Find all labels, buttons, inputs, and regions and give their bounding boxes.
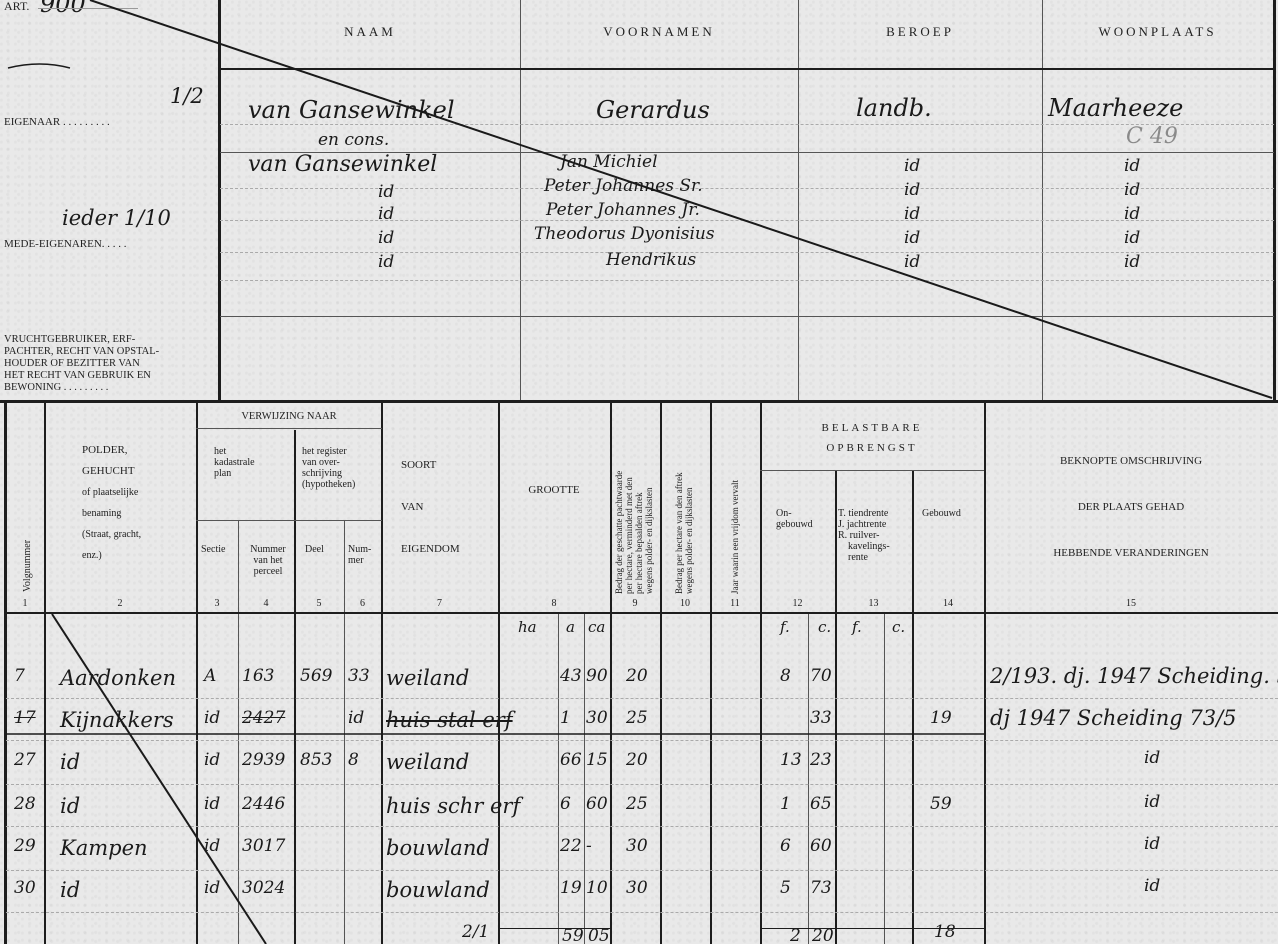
cell-ong-f: 6 [780, 836, 791, 856]
header-renten: T. tiendrente J. jachtrente R. ruilver- … [838, 508, 890, 563]
subtotal-ong-f: 2 [790, 926, 801, 944]
cell-a: 43 [560, 666, 582, 686]
cell-ong-c: 60 [810, 836, 832, 856]
col-number: 4 [238, 598, 294, 609]
col-number: 10 [660, 598, 710, 609]
cell-polder: Aardonken [60, 666, 176, 690]
col-divider [808, 612, 809, 944]
label-mede-eigenaren: MEDE-EIGENAREN. . . . . [4, 238, 127, 251]
cell-ong-c: 65 [810, 794, 832, 814]
row-divider [196, 428, 382, 429]
header-ongebouwd: On- gebouwd [776, 508, 813, 530]
header-volgnummer: Volgnummer [22, 540, 33, 592]
cell-sectie: id [204, 836, 220, 856]
cell-a: 6 [560, 794, 571, 814]
cell-polder: id [60, 794, 80, 818]
subtotal-a: 59 [562, 926, 584, 944]
kadaster-register-page: ART. 900 EIGENAAR . . . . . . . . . 1/2 … [0, 0, 1278, 944]
subtotal-ca: 05 [588, 926, 610, 944]
col-divider [610, 402, 612, 944]
header-belastbare-opbrengst: BELASTBARE OPBRENGST [760, 418, 984, 458]
article-label: ART. [4, 0, 29, 13]
header-sectie: Sectie [201, 544, 225, 555]
row-guide [6, 870, 1278, 871]
cell-ca: 60 [586, 794, 608, 814]
unit-c: c. [892, 618, 905, 636]
unit-ca: ca [588, 618, 605, 636]
header-grootte: GROOTTE [498, 484, 610, 497]
cell-a: 19 [560, 878, 582, 898]
header-vrijdom: Jaar waarin een vrijdom vervalt [730, 480, 741, 594]
row-divider [196, 520, 382, 521]
cell-soort: huis stal erf [386, 708, 513, 732]
cell-soort: huis schr erf [386, 794, 520, 818]
col-number: 14 [912, 598, 984, 609]
article-underline [38, 8, 138, 9]
cell-remark: dj 1947 Scheiding 73/5 [990, 706, 1237, 730]
cell-ca: 90 [586, 666, 608, 686]
cell-ca: 30 [586, 708, 608, 728]
row-guide [6, 698, 1278, 699]
col-number: 8 [498, 598, 610, 609]
cell-sectie: id [204, 750, 220, 770]
col-divider [44, 402, 46, 944]
cell-remark: 2/193. dj. 1947 Scheiding. St. [990, 664, 1278, 688]
article-number: 900 [40, 0, 86, 18]
unit-a: a [566, 618, 575, 636]
co-owner-woonplaats: id [1124, 252, 1140, 272]
col-number: 7 [381, 598, 498, 609]
cell-polder: id [60, 750, 80, 774]
cell-perceel: 2427 [242, 708, 285, 728]
cell-soort: bouwland [386, 836, 490, 860]
header-deel: Deel [305, 544, 324, 555]
co-owner-woonplaats: id [1124, 180, 1140, 200]
col-number: 12 [760, 598, 835, 609]
cell-ca: - [586, 836, 592, 856]
cell-ong-c: 23 [810, 750, 832, 770]
cell-ca: 10 [586, 878, 608, 898]
col-header-voornamen: VOORNAMEN [520, 24, 798, 40]
owners-left-border [218, 0, 221, 402]
col-divider [660, 402, 662, 944]
share-eigenaar: 1/2 [170, 84, 204, 108]
row-guide [6, 826, 1278, 827]
owners-mede-rule [220, 316, 1274, 317]
col-header-woonplaats: WOONPLAATS [1042, 24, 1273, 40]
co-owner-beroep: id [904, 180, 920, 200]
guide-line [220, 124, 1274, 125]
cell-polder: Kijnakkers [60, 708, 174, 732]
subtotal-label: 2/1 [462, 922, 489, 942]
col-divider [835, 470, 837, 944]
cell-sectie: id [204, 708, 220, 728]
col-number: 15 [984, 598, 1278, 609]
cell-volgnummer: 17 [14, 708, 36, 728]
col-divider [381, 402, 383, 944]
cell-polder: id [60, 878, 80, 902]
cell-pacht: 25 [626, 708, 648, 728]
header-gebouwd: Gebouwd [922, 508, 961, 519]
header-nummer-perceel: Nummer van het perceel [242, 544, 294, 577]
cell-perceel: 2446 [242, 794, 285, 814]
cell-ong-f: 8 [780, 666, 791, 686]
owner-woonplaats: Maarheeze [1048, 94, 1183, 122]
guide-line [220, 280, 1274, 281]
cell-perceel: 3024 [242, 878, 285, 898]
cell-perceel: 163 [242, 666, 274, 686]
cell-pacht: 20 [626, 750, 648, 770]
co-owner-woonplaats: id [1124, 228, 1140, 248]
cell-ong-f: 13 [780, 750, 802, 770]
cell-pacht: 20 [626, 666, 648, 686]
cell-sectie: id [204, 794, 220, 814]
cell-soort: bouwland [386, 878, 490, 902]
col-number: 1 [6, 598, 44, 609]
col-divider [584, 612, 585, 944]
co-owner-woonplaats: id [1124, 156, 1140, 176]
co-owner-naam: id [378, 252, 394, 272]
subtotal-gebouwd: 18 [934, 922, 956, 942]
cell-remark: id [1144, 876, 1160, 896]
header-pachtwaarde: Bedrag der geschatte pachtwaarde per hec… [614, 471, 654, 594]
cell-deel: 853 [300, 750, 332, 770]
co-owner-naam: id [378, 204, 394, 224]
co-owner-voornamen: Hendrikus [606, 250, 696, 270]
co-owner-naam: id [378, 182, 394, 202]
owner-naam: van Gansewinkel [248, 96, 455, 124]
col-header-beroep: BEROEP [798, 24, 1042, 40]
cell-ong-c: 33 [810, 708, 832, 728]
cell-volgnummer: 7 [14, 666, 25, 686]
label-eigenaar: EIGENAAR . . . . . . . . . [4, 116, 110, 129]
unit-f: f. [780, 618, 790, 636]
header-aftrek: Bedrag per hectare van den aftrek wegens… [674, 472, 694, 594]
cell-a: 1 [560, 708, 571, 728]
row-guide [6, 740, 1278, 741]
cell-volgnummer: 29 [14, 836, 36, 856]
col-divider [884, 612, 885, 944]
co-owner-beroep: id [904, 228, 920, 248]
cell-soort: weiland [386, 750, 469, 774]
col-number: 6 [344, 598, 381, 609]
owners-right-border [1273, 0, 1276, 402]
cell-sectie: id [204, 878, 220, 898]
co-owner-naam: id [378, 228, 394, 248]
cell-ong-c: 73 [810, 878, 832, 898]
co-owner-voornamen: Jan Michiel [560, 152, 658, 172]
cell-a: 66 [560, 750, 582, 770]
cell-perceel: 3017 [242, 836, 285, 856]
cell-volgnummer: 30 [14, 878, 36, 898]
header-verwijzing-naar: VERWIJZING NAAR [196, 410, 382, 423]
col-divider [294, 430, 296, 944]
cell-deel: 569 [300, 666, 332, 686]
co-owner-voornamen: Peter Johannes Sr. [544, 176, 703, 196]
cell-sectie: A [204, 666, 216, 686]
cell-remark: id [1144, 748, 1160, 768]
cell-remark: id [1144, 834, 1160, 854]
table-header-bottom-rule [4, 612, 1278, 614]
owner-beroep: landb. [856, 94, 932, 122]
header-omschrijving: BEKNOPTE OMSCHRIJVING DER PLAATS GEHAD H… [984, 438, 1278, 576]
cell-soort: weiland [386, 666, 469, 690]
owner-voornamen: Gerardus [596, 96, 710, 124]
co-owner-beroep: id [904, 252, 920, 272]
owners-header-rule [220, 68, 1274, 70]
owners-bottom-rule [0, 400, 1278, 403]
cell-nummer: id [348, 708, 364, 728]
cell-geb: 19 [930, 708, 952, 728]
cell-pacht: 25 [626, 794, 648, 814]
co-owner-naam: van Gansewinkel [248, 152, 437, 177]
unit-ha: ha [518, 618, 537, 636]
col-number: 9 [610, 598, 660, 609]
row-guide [6, 784, 1278, 785]
label-vruchtgebruiker: VRUCHTGEBRUIKER, ERF- PACHTER, RECHT VAN… [4, 334, 219, 394]
row-guide [6, 912, 1278, 913]
cell-a: 22 [560, 836, 582, 856]
cell-geb: 59 [930, 794, 952, 814]
col-divider [912, 470, 914, 944]
col-number: 13 [835, 598, 912, 609]
col-header-naam: NAAM [220, 24, 520, 40]
col-number: 5 [294, 598, 344, 609]
co-owner-voornamen: Peter Johannes Jr. [546, 200, 700, 220]
header-register: het register van over- schrijving (hypot… [302, 446, 355, 490]
cell-ong-c: 70 [810, 666, 832, 686]
unit-f: f. [852, 618, 862, 636]
cell-nummer: 33 [348, 666, 370, 686]
co-owner-beroep: id [904, 204, 920, 224]
header-polder: POLDER, GEHUCHT of plaatselijke benaming… [82, 440, 141, 566]
owner-pencil-note: C 49 [1126, 124, 1178, 149]
divider-naam-voornamen [520, 0, 521, 402]
col-number: 3 [196, 598, 238, 609]
cell-volgnummer: 28 [14, 794, 36, 814]
cell-ong-f: 1 [780, 794, 791, 814]
cell-pacht: 30 [626, 878, 648, 898]
header-soort-eigendom: SOORT VAN EIGENDOM [401, 444, 460, 570]
subtotal-ong-c: 20 [812, 926, 834, 944]
cell-ca: 15 [586, 750, 608, 770]
co-owner-woonplaats: id [1124, 204, 1140, 224]
owner-naam-suffix: en cons. [318, 130, 389, 150]
col-divider [760, 402, 762, 944]
share-mede-eigenaren: ieder 1/10 [62, 206, 171, 230]
cell-nummer: 8 [348, 750, 359, 770]
divider-beroep-woonplaats [1042, 0, 1043, 402]
col-divider [710, 402, 712, 944]
co-owner-voornamen: Theodorus Dyonisius [534, 224, 715, 244]
cell-remark: id [1144, 792, 1160, 812]
col-divider [344, 520, 345, 944]
col-number: 11 [710, 598, 760, 609]
col-divider [238, 520, 239, 944]
col-number: 2 [44, 598, 196, 609]
cell-volgnummer: 27 [14, 750, 36, 770]
divider-voornamen-beroep [798, 0, 799, 402]
col-divider [558, 612, 559, 944]
table-left-border [4, 402, 7, 944]
col-divider [196, 402, 198, 944]
unit-c: c. [818, 618, 831, 636]
cell-ong-f: 5 [780, 878, 791, 898]
cell-polder: Kampen [60, 836, 148, 860]
cell-perceel: 2939 [242, 750, 285, 770]
co-owner-beroep: id [904, 156, 920, 176]
row-divider [760, 470, 984, 471]
header-nummer: Num- mer [348, 544, 371, 566]
header-kadastrale-plan: het kadastrale plan [214, 446, 255, 479]
cell-pacht: 30 [626, 836, 648, 856]
